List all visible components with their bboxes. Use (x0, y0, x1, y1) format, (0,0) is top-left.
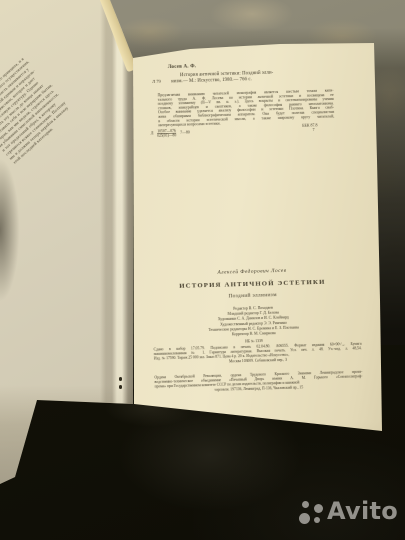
author-full-name: Алексей Федорович Лосев (139, 266, 364, 278)
binding-stitch-mark (119, 377, 122, 381)
catalog-denominator: 025(01)—80 (157, 133, 176, 138)
photo-canvas: Лосев А. Ф. Л 79 История античной эстети… (0, 0, 405, 540)
index-code: Л 79 (152, 79, 161, 84)
annotation-paragraph: Предлагаемая вниманию читателей монограф… (157, 88, 334, 127)
binding-stitch-mark (119, 385, 122, 389)
catalog-card-number: Л 10507—076 025(01)—80 7—80 (151, 128, 190, 138)
catalog-tail: 7—80 (180, 130, 190, 135)
colophon-page-content: Лосев А. Ф. Л 79 История античной эстети… (133, 33, 391, 440)
avito-watermark: Avito (296, 495, 402, 535)
bibliographic-entry-line2: низм.— М.: Искусство, 1980.— 766 с. (171, 76, 252, 84)
catalog-fraction: 10507—076 025(01)—80 (157, 129, 176, 138)
book-subtitle: Поздний эллинизм (140, 290, 365, 302)
bbk-code: ББК 87.8 7 (287, 123, 317, 133)
catalog-letter: Л (151, 131, 154, 136)
avito-wordmark: Avito (327, 497, 398, 525)
credits-list: Редактор В. С. ПоходаевМладший редактор … (141, 303, 367, 340)
book-title: ИСТОРИЯ АНТИЧНОЙ ЭСТЕТИКИ (140, 277, 365, 291)
author-header: Лосев А. Ф. (168, 63, 197, 69)
bbk-sub: 7 (288, 127, 318, 132)
